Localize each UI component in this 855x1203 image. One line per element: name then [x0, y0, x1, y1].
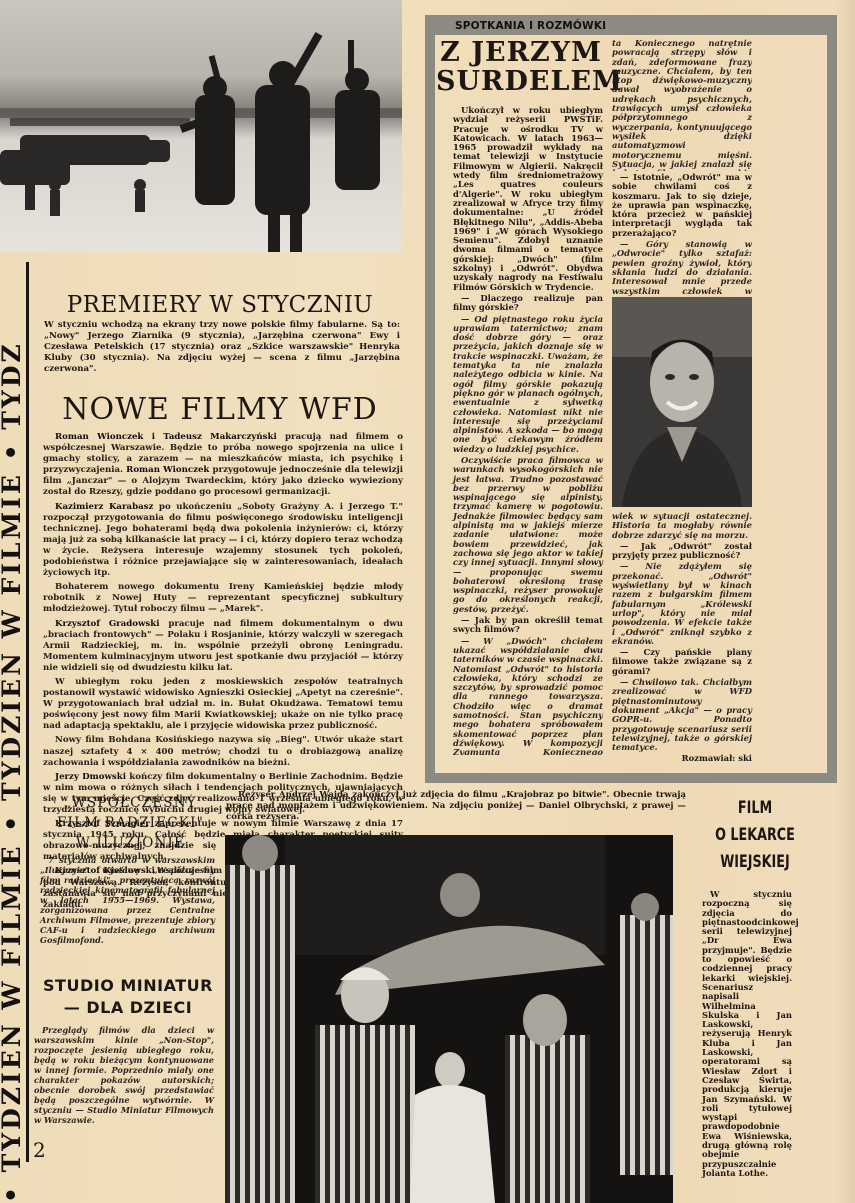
interview-answer: — Nie zdążyłem się przekonać. „Odwrót" w…: [612, 562, 752, 646]
interview-intro: Ukończył w roku ubiegłym wydział reżyser…: [453, 106, 603, 292]
interview-signoff: Rozmawiał: ski: [612, 754, 752, 763]
wajda-photo-caption: Reżyser Andrzej Wajda zakończył już zdję…: [226, 790, 686, 823]
interview-question: — Czy pańskie plany filmowe także związa…: [612, 648, 752, 676]
interview-column-right-bottom: wiek w sytuacji ostatecznej. Historia ta…: [612, 512, 752, 766]
wfd-paragraph: Kazimierz Karabasz po ukończeniu „Soboty…: [43, 502, 403, 580]
interview-answer: — W „Dwóch" chciałem ukazać współdziałan…: [453, 637, 603, 755]
interview-answer-continued: wiek w sytuacji ostatecznej. Historia ta…: [612, 512, 752, 540]
paper-edge-shadow: [835, 0, 855, 1203]
premiery-headline: PREMIERY W STYCZNIU: [40, 292, 400, 318]
interview-answer: — Chwilowo tak. Chciałbym zrealizować w …: [612, 678, 752, 752]
interview-answer: Oczywiście praca filmowca w warunkach wy…: [453, 456, 603, 614]
premiery-body: W styczniu wchodzą na ekrany trzy nowe p…: [44, 320, 400, 375]
krajobraz-po-bitwie-set-photo: [225, 835, 673, 1203]
interview-question: — Jak „Odwrót" został przyjęty przez pub…: [612, 542, 752, 561]
magazine-page: • TYDZIEŃ W FILMIE • TYDZIEŃ W FILMIE • …: [0, 0, 855, 1203]
vertical-divider-rule: [26, 262, 29, 1162]
interview-column-right-top: ta Koniecznego natrętnie powracają strzę…: [612, 39, 752, 298]
lekarka-headline: FILM O LEKARCE WIEJSKIEJ: [714, 795, 797, 876]
vertical-section-banner: • TYDZIEŃ W FILMIE • TYDZIEŃ W FILMIE • …: [0, 260, 24, 1203]
interview-answer-continued: ta Koniecznego natrętnie powracają strzę…: [612, 39, 752, 171]
interview-question: — Dlaczego realizuje pan filmy górskie?: [453, 294, 603, 313]
wspolczesny-headline: „WSPÓŁCZESNY FILM RADZIECKI" W ILUZJONIE: [38, 793, 223, 853]
interview-headline: Z JERZYM SURDELEM: [436, 38, 606, 96]
winter-battle-scene-photo: [0, 0, 402, 252]
interview-column-left: Ukończył w roku ubiegłym wydział reżyser…: [453, 106, 603, 757]
page-number: 2: [33, 1138, 46, 1162]
section-label: SPOTKANIA I ROZMÓWKI: [455, 15, 606, 35]
studio-miniatur-body: Przeglądy filmów dla dzieci w warszawski…: [34, 1025, 214, 1125]
wfd-paragraph: Bohaterem nowego dokumentu Ireny Kamieńs…: [43, 582, 403, 615]
interview-answer: — Od piętnastego roku życia uprawiam tat…: [453, 315, 603, 454]
wfd-paragraph: Roman Wionczek i Tadeusz Makarczyński pr…: [43, 432, 403, 499]
wfd-headline: NOWE FILMY WFD: [40, 392, 400, 427]
wspolczesny-body: 7 stycznia otwarto w warszawskim „Iluzjo…: [40, 855, 215, 945]
wfd-paragraph: W ubiegłym roku jeden z moskiewskich zes…: [43, 677, 403, 732]
studio-miniatur-headline: STUDIO MINIATUR — DLA DZIECI: [33, 975, 223, 1019]
jerzy-surdel-portrait-photo: [612, 297, 752, 507]
lekarka-body: W styczniu rozpoczną się zdjęcia do pięt…: [702, 890, 792, 1178]
wfd-paragraph: Krzysztof Gradowski pracuje nad filmem d…: [43, 619, 403, 674]
vertical-banner-text: • TYDZIEŃ W FILMIE • TYDZIEŃ W FILMIE • …: [0, 260, 24, 1203]
wfd-paragraph: Nowy film Bohdana Kosińskiego nazywa się…: [43, 735, 403, 768]
interview-answer: — Góry stanowią w „Odwrocie" tylko sztaf…: [612, 240, 752, 296]
interview-question: — Jak by pan określił temat swych filmów…: [453, 616, 603, 635]
interview-question: — Istotnie, „Odwrót" ma w sobie chwilami…: [612, 173, 752, 238]
